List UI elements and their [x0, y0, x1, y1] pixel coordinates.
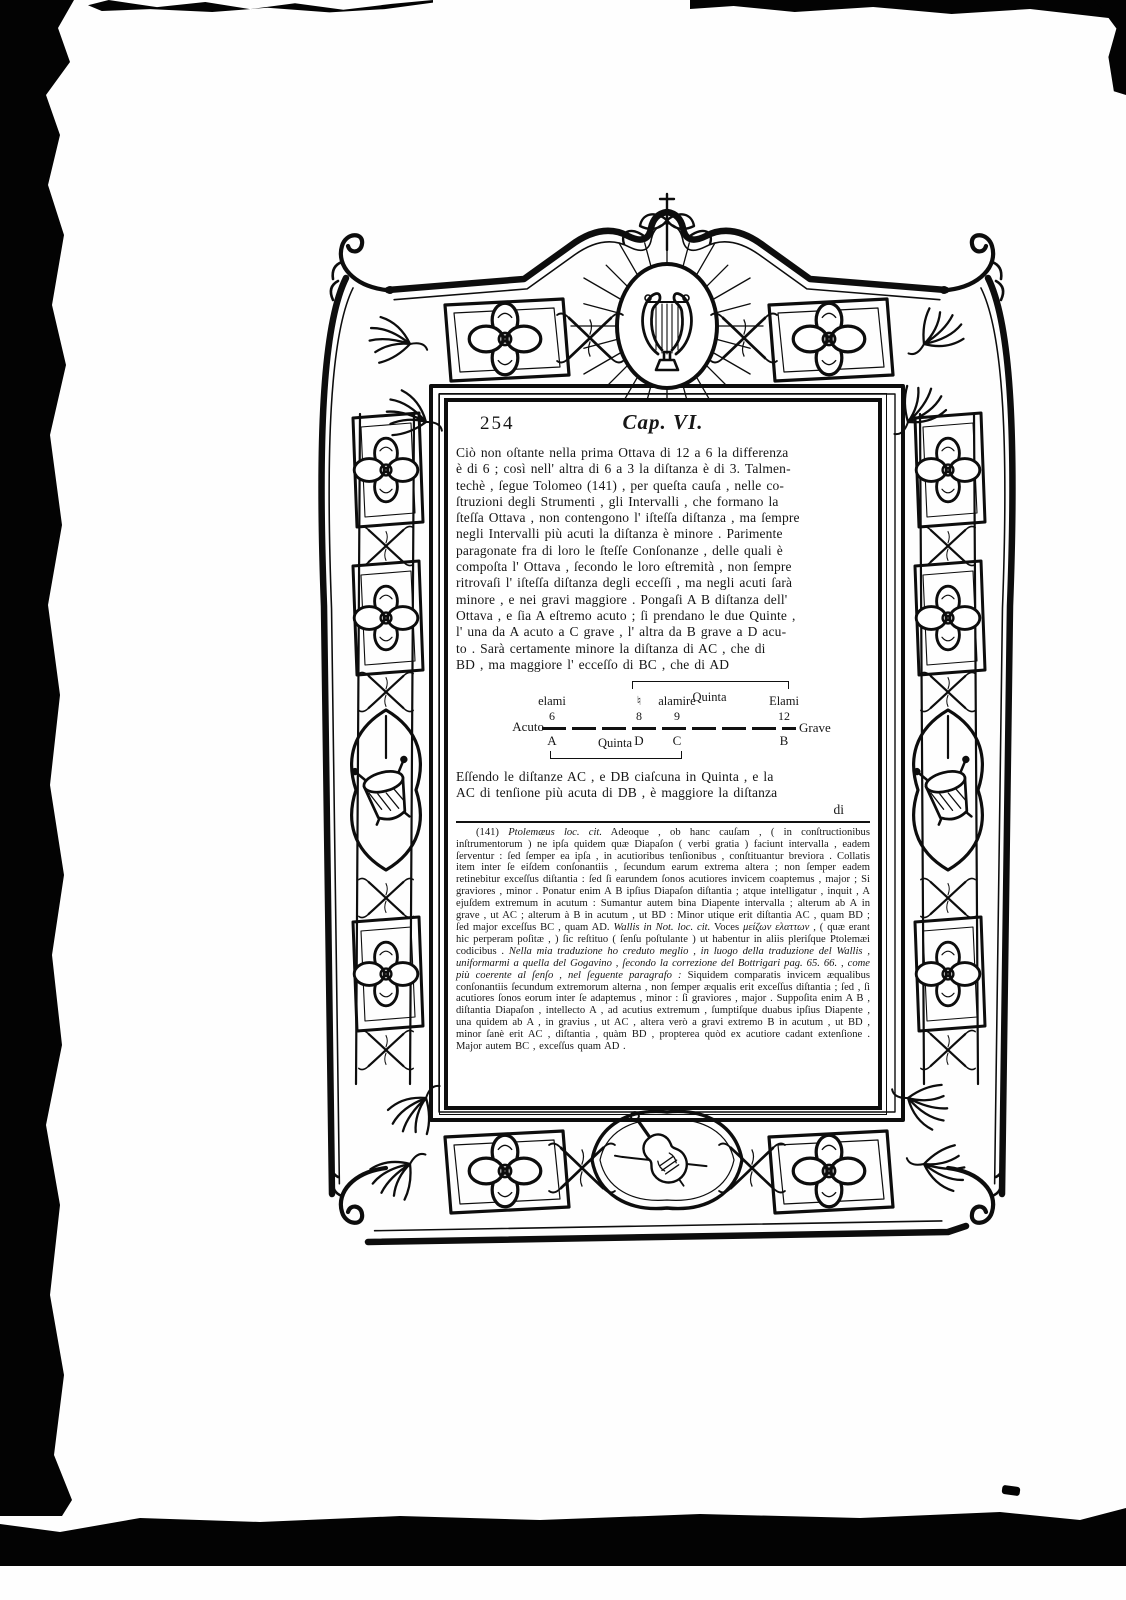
frame-right-band [913, 413, 985, 1084]
note-name: elami [512, 695, 592, 708]
footnote-rule [456, 821, 870, 823]
drum-icon-right [913, 756, 982, 828]
chapter-heading: Cap. VI. [546, 410, 780, 435]
quinta-label-bottom: Quinta [550, 736, 680, 751]
frame-top-band [359, 230, 967, 422]
note-name: alamire [637, 695, 717, 708]
footnote-141: (141) Ptolemæus loc. cit. Adeoque , ob h… [456, 827, 870, 1053]
body-paragraph-1: Ciò non oſtante nella prima Ottava di 12… [456, 445, 870, 673]
note-number: 9 [637, 710, 717, 722]
page-number: 254 [456, 413, 546, 435]
drum-icon-left [351, 756, 420, 828]
frame-left-band [351, 413, 423, 1084]
text-block: 254 Cap. VI. Ciò non oſtante nella prima… [444, 398, 882, 1110]
scanned-book-page: 254 Cap. VI. Ciò non oſtante nella prima… [0, 0, 1126, 1600]
quinta-bracket-bottom [550, 751, 682, 759]
monochord-line [542, 727, 796, 730]
catchword: di [456, 802, 870, 818]
note-number: 6 [512, 710, 592, 722]
interval-diagram: Quinta Acuto Grave elami 6 A ♮ 8 D alami… [456, 675, 870, 767]
note-letter: B [744, 734, 824, 747]
scan-artifact-top-smear [88, 0, 433, 13]
scan-artifact-top-smear [690, 0, 1126, 20]
running-head: 254 Cap. VI. [456, 410, 870, 442]
scan-artifact-bottom-edge [0, 1504, 1126, 1566]
note-name: Elami [744, 695, 824, 708]
scan-artifact-speck [1001, 1485, 1020, 1496]
scan-artifact-left-edge [0, 0, 76, 1516]
body-paragraph-2: Eſſendo le diſtanze AC , e DB ciaſcuna i… [456, 769, 870, 802]
note-number: 12 [744, 710, 824, 722]
quinta-bracket-top [632, 681, 789, 689]
frame-bottom-band [367, 1096, 975, 1213]
